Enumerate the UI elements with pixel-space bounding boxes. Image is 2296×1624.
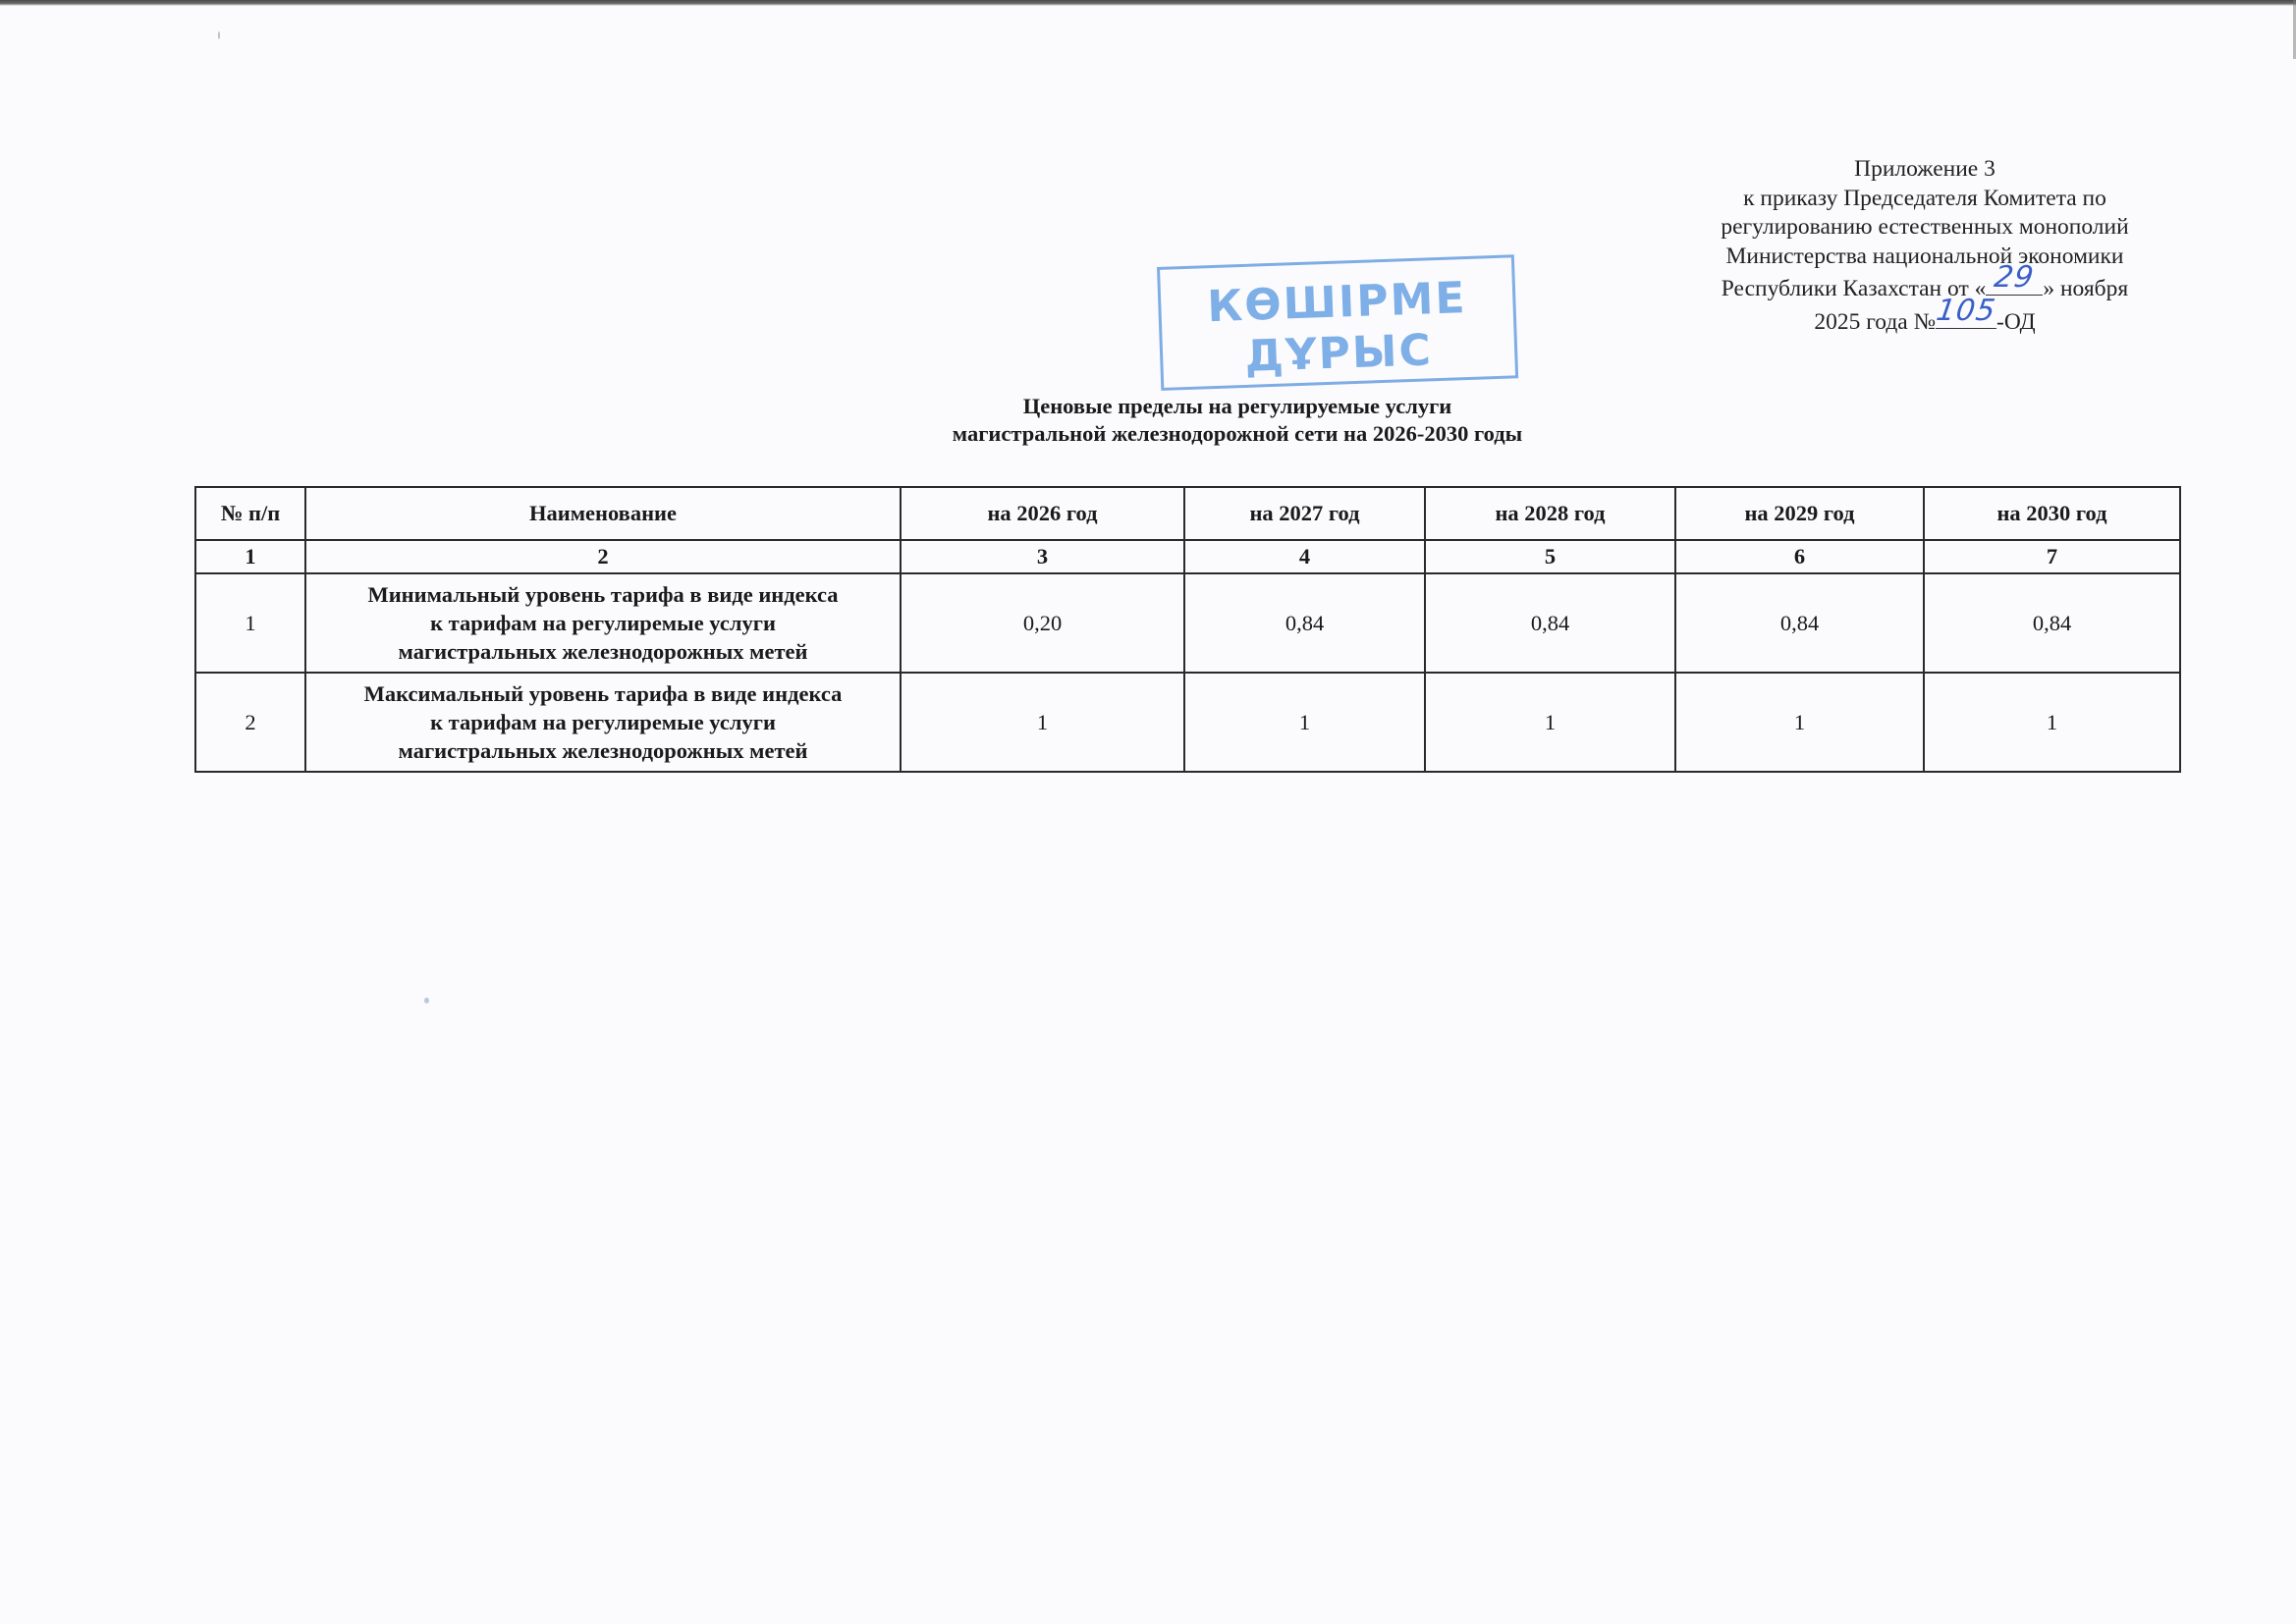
row-name-line: к тарифам на регулиремые услуги	[310, 609, 896, 637]
value-cell: 0,20	[901, 573, 1184, 673]
appendix-line-1: Приложение 3	[1660, 155, 2190, 185]
row-number-cell: 1	[195, 573, 305, 673]
scan-edge	[0, 0, 2296, 6]
row-number-cell: 2	[195, 673, 305, 772]
column-number-cell: 4	[1184, 540, 1425, 573]
table-row: 1Минимальный уровень тарифа в виде индек…	[195, 573, 2180, 673]
handwritten-order-number: 105	[1934, 297, 1998, 326]
appendix-date-suffix: » ноября	[2043, 276, 2128, 301]
value-cell: 1	[1924, 673, 2180, 772]
row-name-line: Минимальный уровень тарифа в виде индекс…	[310, 580, 896, 609]
appendix-line-4: Министерства национальной экономики	[1660, 243, 2190, 272]
handwritten-day: 29	[1984, 263, 2045, 293]
table-header-row: № п/пНаименованиена 2026 годна 2027 годн…	[195, 487, 2180, 540]
column-number-cell: 6	[1675, 540, 1924, 573]
appendix-line-5: Республики Казахстан от «29» ноября	[1660, 271, 2190, 304]
document-title: Ценовые пределы на регулируемые услуги м…	[687, 393, 1787, 448]
scan-speck	[218, 31, 220, 39]
copy-correct-stamp: КӨШІРМЕ ДҰРЫС	[1157, 254, 1518, 391]
row-name-cell: Максимальный уровень тарифа в виде индек…	[305, 673, 901, 772]
value-cell: 0,84	[1924, 573, 2180, 673]
column-number-cell: 2	[305, 540, 901, 573]
row-name-line: Максимальный уровень тарифа в виде индек…	[310, 679, 896, 708]
column-header: на 2029 год	[1675, 487, 1924, 540]
row-name-line: магистральных железнодорожных метей	[310, 736, 896, 765]
appendix-header: Приложение 3 к приказу Председателя Коми…	[1660, 155, 2190, 337]
row-name-line: к тарифам на регулиремые услуги	[310, 708, 896, 736]
row-name-line: магистральных железнодорожных метей	[310, 637, 896, 666]
column-header: на 2027 год	[1184, 487, 1425, 540]
order-number-blank: 105	[1936, 304, 1996, 329]
column-header: на 2028 год	[1425, 487, 1675, 540]
column-header: на 2026 год	[901, 487, 1184, 540]
scan-speck	[424, 998, 429, 1003]
value-cell: 1	[1184, 673, 1425, 772]
column-number-cell: 7	[1924, 540, 2180, 573]
value-cell: 1	[901, 673, 1184, 772]
value-cell: 1	[1675, 673, 1924, 772]
value-cell: 0,84	[1675, 573, 1924, 673]
appendix-line-3: регулированию естественных монополий	[1660, 213, 2190, 243]
column-header: на 2030 год	[1924, 487, 2180, 540]
value-cell: 0,84	[1184, 573, 1425, 673]
title-line-1: Ценовые пределы на регулируемые услуги	[687, 393, 1787, 420]
column-header: Наименование	[305, 487, 901, 540]
title-line-2: магистральной железнодорожной сети на 20…	[687, 420, 1787, 448]
price-limits-table: № п/пНаименованиена 2026 годна 2027 годн…	[194, 486, 2181, 773]
column-numbers-row: 1234567	[195, 540, 2180, 573]
date-day-blank: 29	[1986, 271, 2043, 296]
appendix-line-6: 2025 года №105-ОД	[1660, 304, 2190, 338]
table-row: 2Максимальный уровень тарифа в виде инде…	[195, 673, 2180, 772]
appendix-number-prefix: 2025 года №	[1814, 309, 1936, 335]
value-cell: 0,84	[1425, 573, 1675, 673]
column-number-cell: 5	[1425, 540, 1675, 573]
column-number-cell: 1	[195, 540, 305, 573]
row-name-cell: Минимальный уровень тарифа в виде индекс…	[305, 573, 901, 673]
value-cell: 1	[1425, 673, 1675, 772]
appendix-number-suffix: -ОД	[1996, 309, 2036, 335]
column-header: № п/п	[195, 487, 305, 540]
appendix-line-2: к приказу Председателя Комитета по	[1660, 185, 2190, 214]
column-number-cell: 3	[901, 540, 1184, 573]
